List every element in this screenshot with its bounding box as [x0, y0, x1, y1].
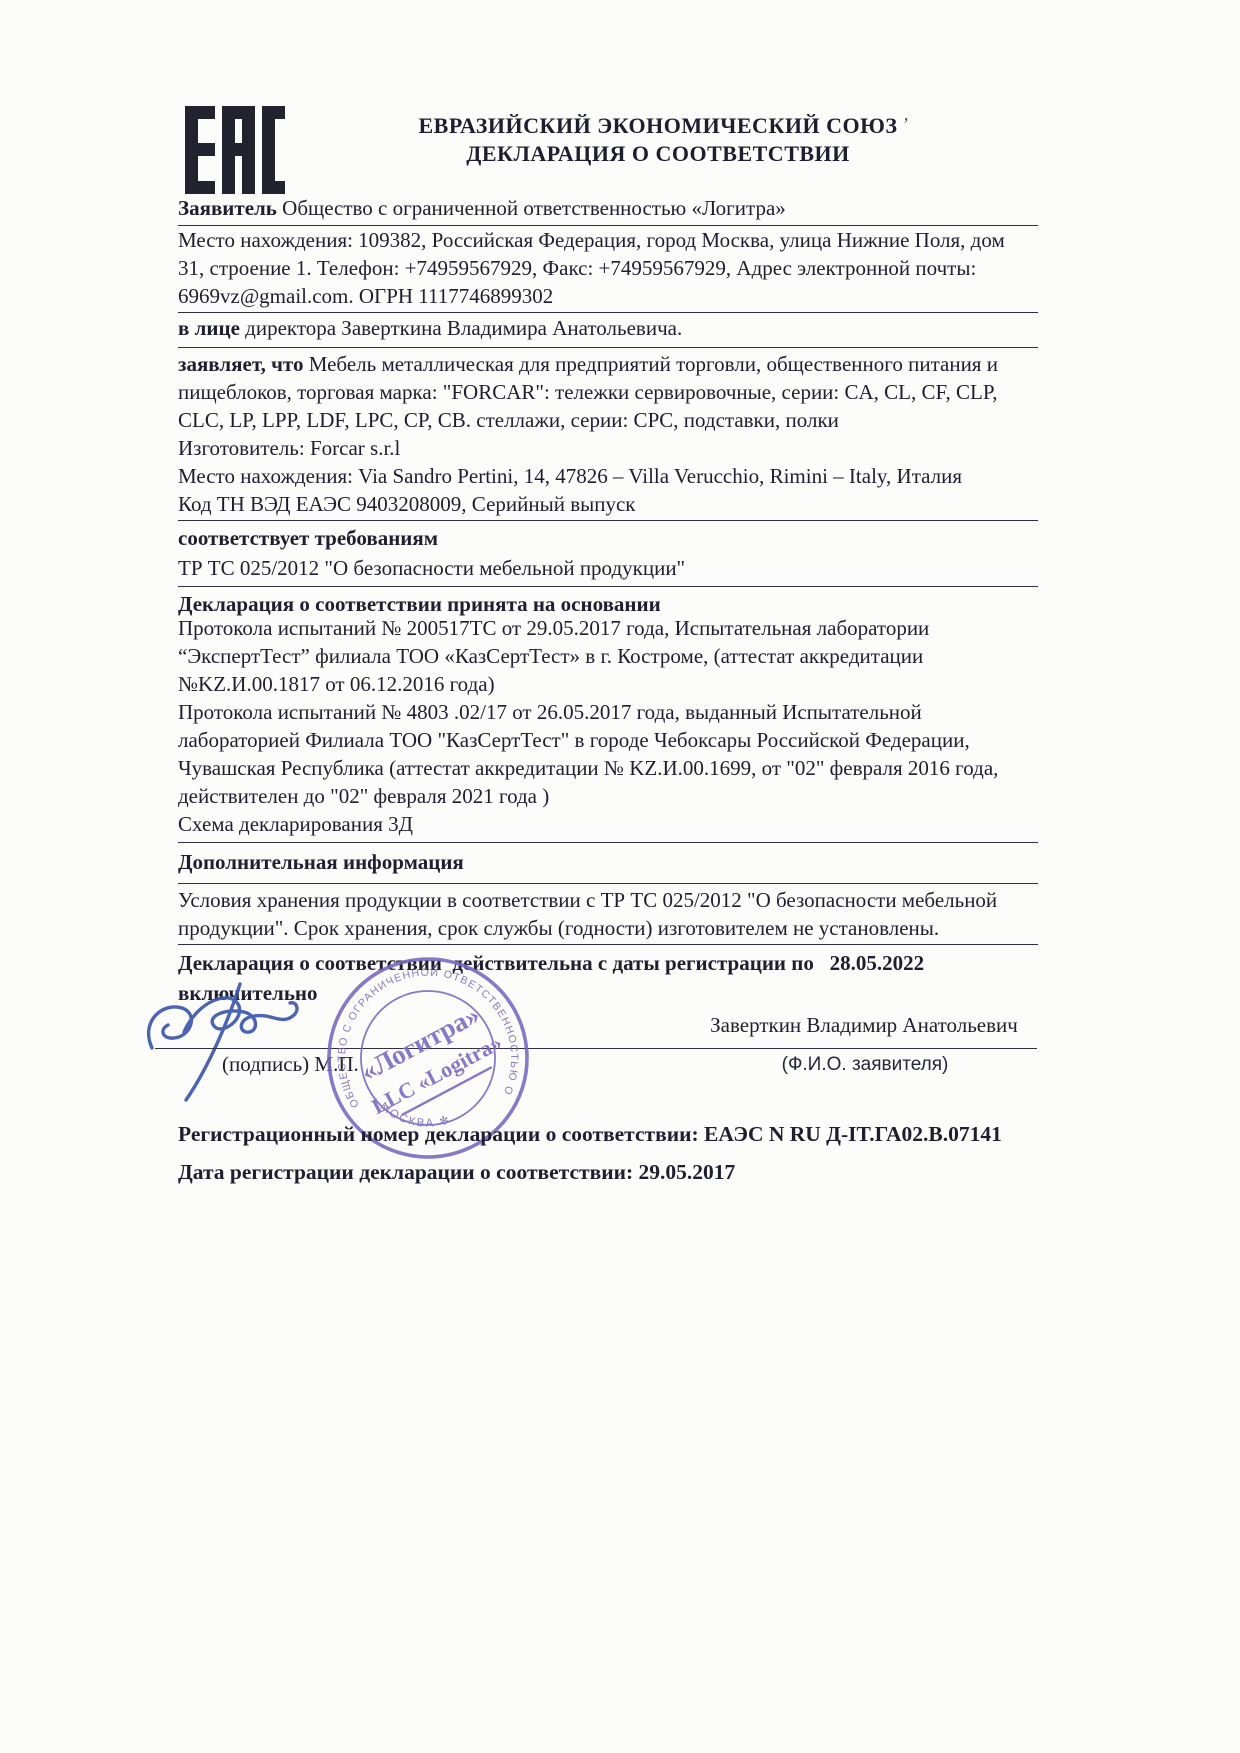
additional-info-line: Условия хранения продукции в соответстви…: [178, 886, 1038, 914]
additional-info-block: Условия хранения продукции в соответстви…: [178, 886, 1038, 945]
additional-info-line: продукции". Срок хранения, срок службы (…: [178, 914, 1038, 942]
object-first-line: Мебель металлическая для предприятий тор…: [303, 352, 998, 376]
address-line: Место нахождения: 109382, Российская Фед…: [178, 226, 1038, 254]
representative-label: в лице: [178, 316, 240, 340]
scan-artifact-mark: ’: [903, 114, 909, 135]
declaration-document-page: ЕВРАЗИЙСКИЙ ЭКОНОМИЧЕСКИЙ СОЮЗ ДЕКЛАРАЦИ…: [0, 0, 1240, 1753]
declares-label: заявляет, что: [178, 352, 303, 376]
applicant-row: Заявитель Общество с ограниченной ответс…: [178, 194, 1038, 226]
conformity-label: соответствует требованиям: [178, 524, 1038, 552]
basis-line: №KZ.И.00.1817 от 06.12.2016 года): [178, 670, 1038, 698]
basis-line: Чувашская Республика (аттестат аккредита…: [178, 754, 1038, 782]
object-line: CLC, LP, LPP, LDF, LPC, CP, CB. стеллажи…: [178, 406, 1038, 434]
declaration-object-block: заявляет, что Мебель металлическая для п…: [178, 350, 1038, 521]
address-line: 31, строение 1. Телефон: +74959567929, Ф…: [178, 254, 1038, 282]
object-line: пищеблоков, торговая марка: "FORCAR": те…: [178, 378, 1038, 406]
basis-line: действителен до "02" февраля 2021 года ): [178, 782, 1038, 810]
document-title-line1: ЕВРАЗИЙСКИЙ ЭКОНОМИЧЕСКИЙ СОЮЗ: [358, 112, 958, 140]
basis-line: Протокола испытаний № 200517ТС от 29.05.…: [178, 614, 1038, 642]
object-line: заявляет, что Мебель металлическая для п…: [178, 350, 1038, 378]
object-line: Изготовитель: Forcar s.r.l: [178, 434, 1038, 462]
applicant-value: Общество с ограниченной ответственностью…: [277, 196, 786, 220]
signature-rule: [155, 1048, 1037, 1049]
object-line: Код ТН ВЭД ЕАЭС 9403208009, Серийный вып…: [178, 490, 1038, 518]
applicant-fio: Заверткин Владимир Анатольевич: [690, 1013, 1038, 1038]
registration-date-line: Дата регистрации декларации о соответств…: [178, 1160, 1078, 1185]
basis-line: лабораторией Филиала ТОО "КазСертТест" в…: [178, 726, 1038, 754]
basis-block: Протокола испытаний № 200517ТС от 29.05.…: [178, 614, 1038, 843]
eac-mark-icon: [185, 106, 285, 194]
eac-mark-logo: [185, 106, 285, 194]
applicant-address-block: Место нахождения: 109382, Российская Фед…: [178, 226, 1038, 313]
basis-line: “ЭкспертТест” филиала ТОО «КазСертТест» …: [178, 642, 1038, 670]
representative-value: директора Заверткина Владимира Анатольев…: [240, 316, 682, 340]
basis-line: Протокола испытаний № 4803 .02/17 от 26.…: [178, 698, 1038, 726]
fio-caption: (Ф.И.О. заявителя): [695, 1054, 1035, 1076]
additional-info-label: Дополнительная информация: [178, 848, 1038, 884]
object-line: Место нахождения: Via Sandro Pertini, 14…: [178, 462, 1038, 490]
document-title-line2: ДЕКЛАРАЦИЯ О СООТВЕТСТВИИ: [358, 140, 958, 168]
document-title: ЕВРАЗИЙСКИЙ ЭКОНОМИЧЕСКИЙ СОЮЗ ДЕКЛАРАЦИ…: [358, 112, 958, 168]
conformity-standard: ТР ТС 025/2012 "О безопасности мебельной…: [178, 554, 1038, 587]
representative-row: в лице директора Заверткина Владимира Ан…: [178, 314, 1038, 348]
address-line: 6969vz@gmail.com. ОГРН 1117746899302: [178, 282, 1038, 310]
registration-number-line: Регистрационный номер декларации о соотв…: [178, 1122, 1078, 1147]
basis-line: Схема декларирования 3Д: [178, 810, 1038, 838]
applicant-label: Заявитель: [178, 196, 277, 220]
